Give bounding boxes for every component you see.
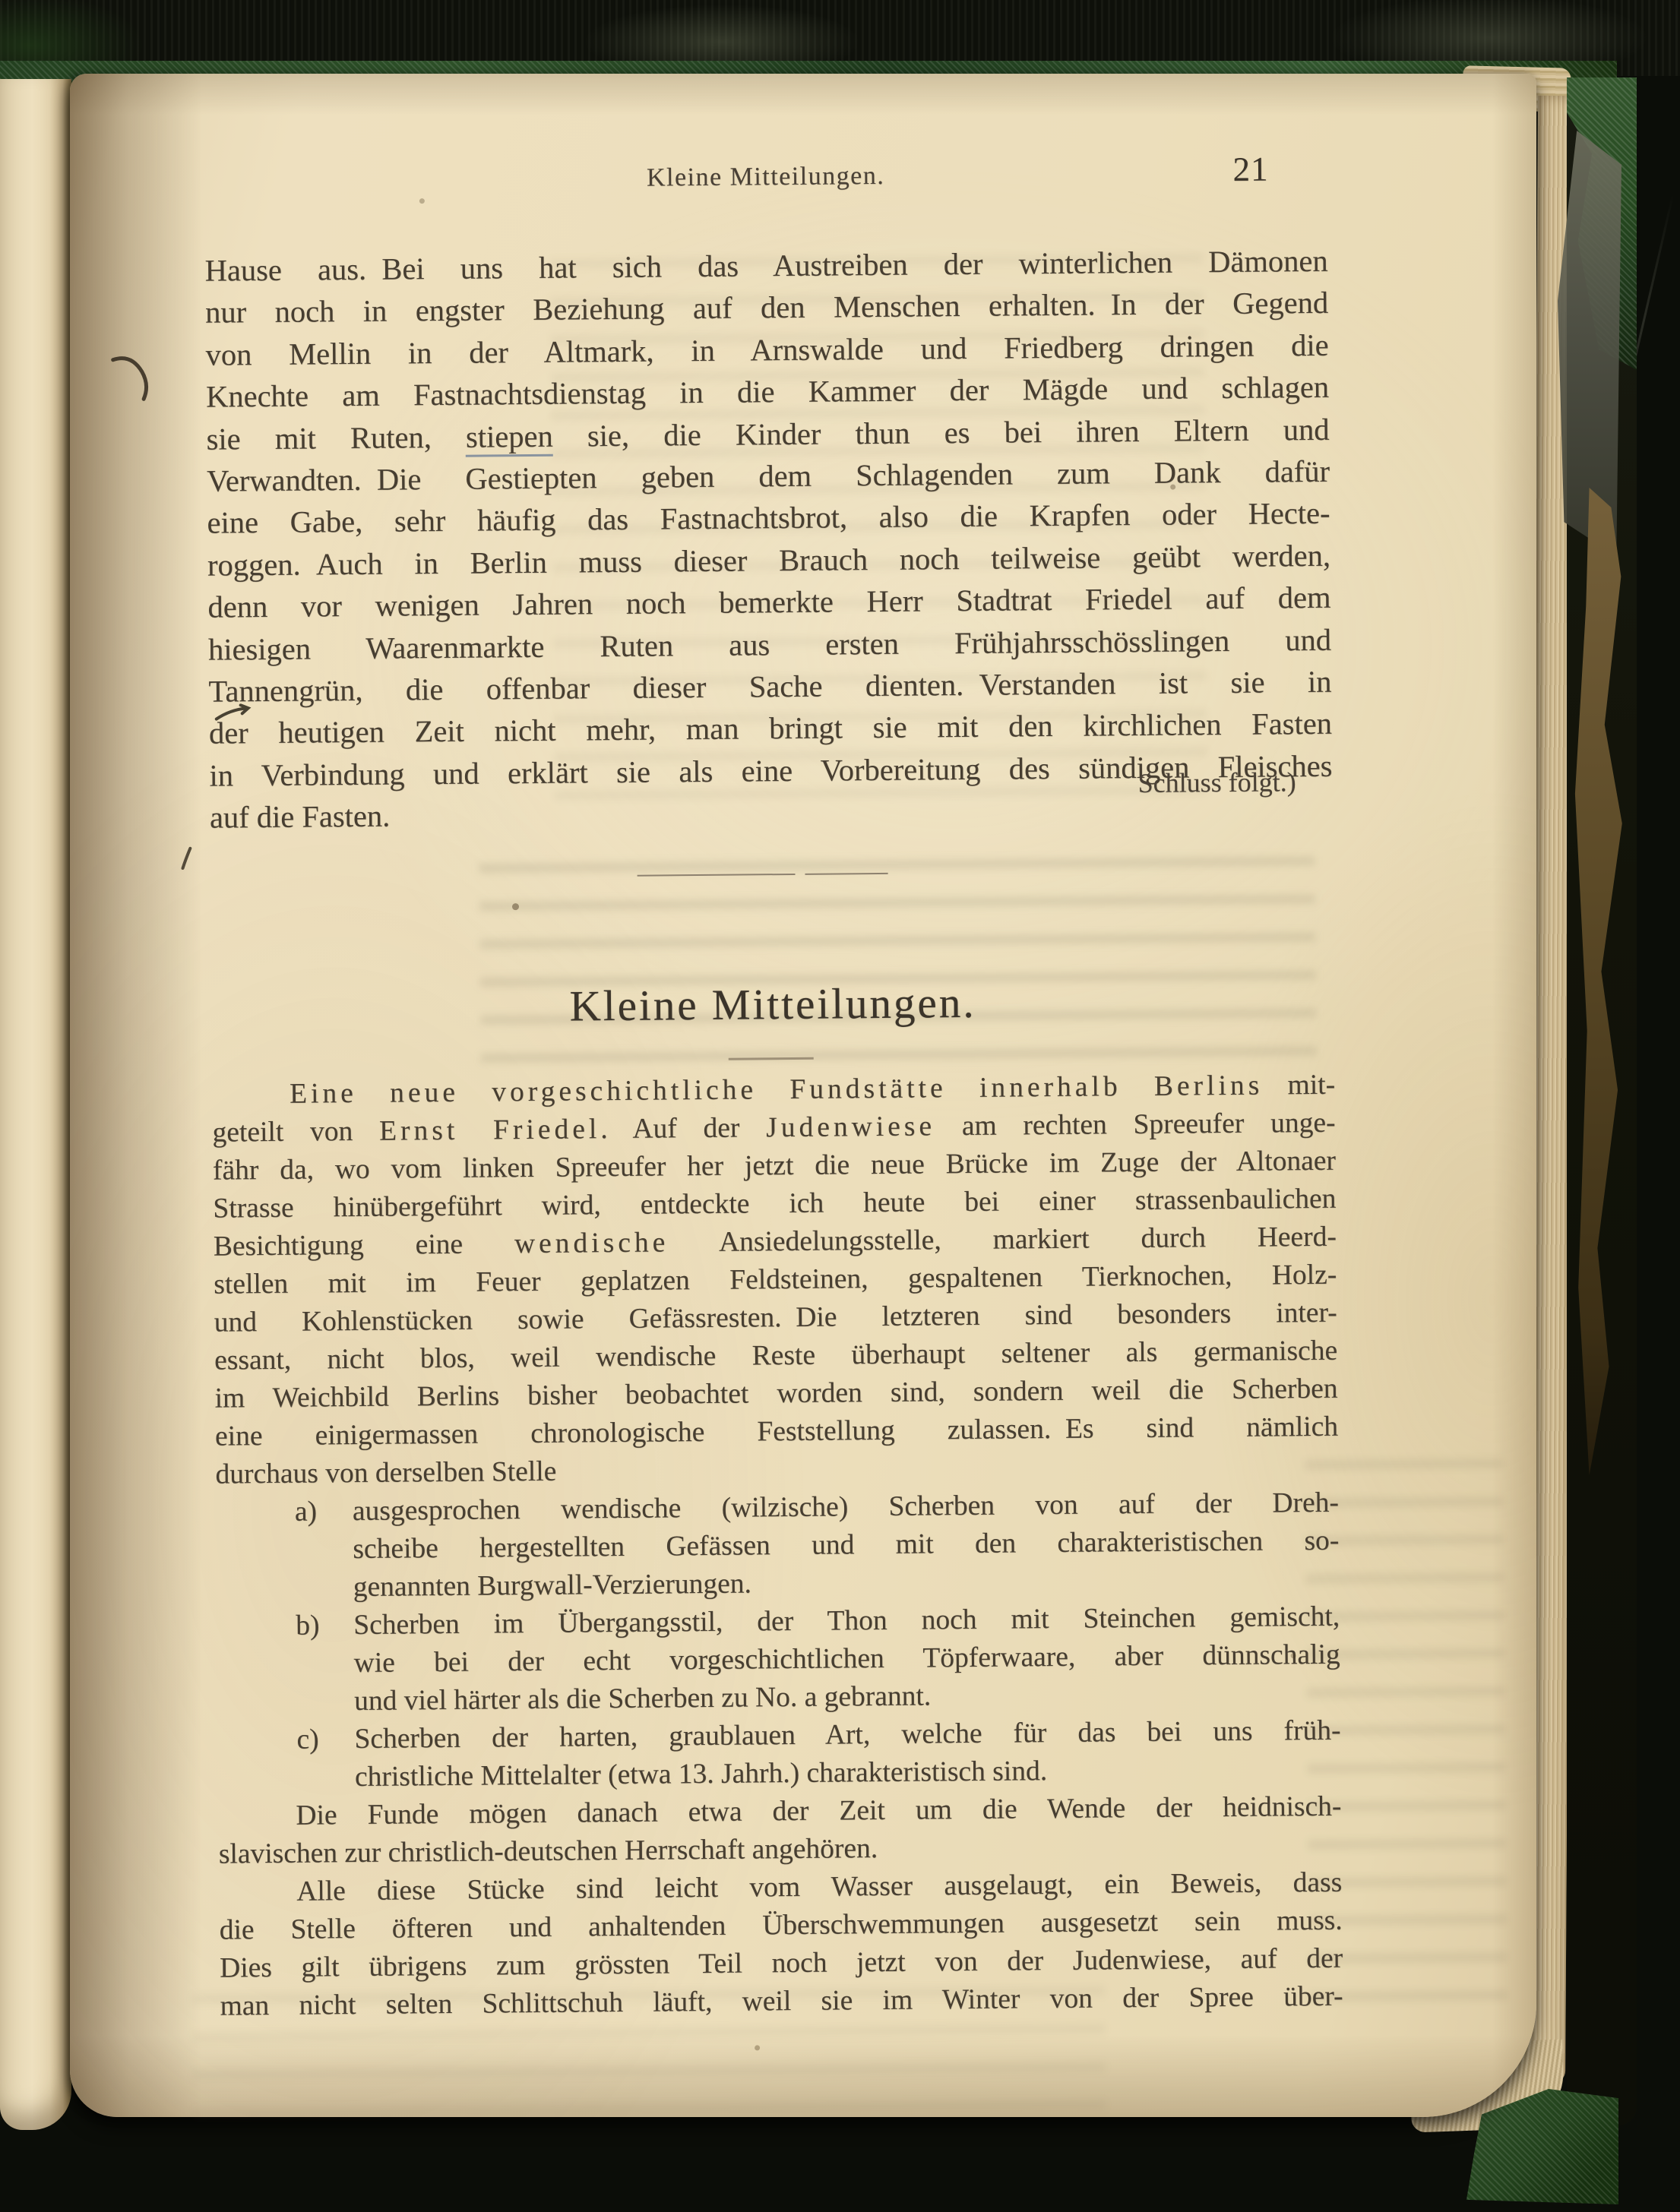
margin-pen-mark xyxy=(109,352,164,415)
text-run: christliche Mittelalter (etwa 13. Jahrh.… xyxy=(355,1755,1047,1793)
text-run: eine Gabe, sehr häufig das Fastnachtsbro… xyxy=(207,496,1330,540)
text-run: und Kohlenstücken sowie Gefässresten. Di… xyxy=(214,1297,1337,1338)
text-run: man nicht selten Schlittschuh läuft, wei… xyxy=(220,1981,1343,2022)
text-run: Ansiedelungsstelle, markiert durch Heerd… xyxy=(669,1221,1337,1259)
text-run: Verwandten. Die Gestiepten geben dem Sch… xyxy=(207,454,1330,498)
damaged-spine-strip xyxy=(1567,77,1637,2125)
text-run: denn vor wenigen Jahren noch bemerkte He… xyxy=(207,580,1330,624)
text-run: Strasse hinübergeführt wird, entdeckte i… xyxy=(213,1183,1336,1224)
text-run: eine einigermassen chronologische Festst… xyxy=(215,1411,1338,1452)
text-run: stellen mit im Feuer geplatzen Feldstein… xyxy=(214,1259,1337,1300)
underlined-word: stiepen xyxy=(466,419,553,457)
bleed-through-ghost xyxy=(479,856,1316,1080)
foxing-specks xyxy=(62,81,65,84)
text-run: Alle diese Stücke sind leicht vom Wasser… xyxy=(296,1867,1342,1907)
text-run: am rechten Spreeufer unge- xyxy=(935,1108,1336,1142)
text-run: slavischen zur christlich-deutschen Herr… xyxy=(219,1833,878,1870)
text-run: scheibe hergestellten Gefässen und mit d… xyxy=(353,1525,1339,1565)
text-run: genannten Burgwall-Verzierungen. xyxy=(353,1568,751,1603)
text-run: Dies gilt übrigens zum grössten Teil noc… xyxy=(220,1943,1343,1984)
page-number: 21 xyxy=(1232,149,1331,189)
running-header: Kleine Mitteilungen. xyxy=(204,158,1327,197)
text-run: Ernst Friedel xyxy=(379,1114,601,1147)
text-run: Judenwiese xyxy=(766,1111,935,1143)
text-run: geteilt von xyxy=(212,1116,379,1149)
intro-paragraph: Eine neue vorgeschichtliche Fundstätte i… xyxy=(212,1066,1339,1494)
text-run: sie, die Kinder thun es bei ihren Eltern… xyxy=(553,412,1330,453)
closing-note: Schluss folgt.) xyxy=(1137,766,1296,799)
text-run: nur noch in engster Beziehung auf den Me… xyxy=(205,286,1328,330)
text-run: roggen. Auch in Berlin muss dieser Brauc… xyxy=(207,539,1330,583)
text-run: Hause aus. Bei uns hat sich das Austreib… xyxy=(204,244,1327,288)
text-run: Die Funde mögen danach etwa der Zeit um … xyxy=(296,1791,1341,1831)
text-run: Eine neue vorgeschichtliche Fundstätte i… xyxy=(289,1070,1263,1110)
text-run: wie bei der echt vorgeschichtlichen Töpf… xyxy=(353,1639,1340,1679)
section-divider-rule xyxy=(638,873,888,877)
list-marker: a) xyxy=(295,1493,318,1531)
text-run: sie mit Ruten, xyxy=(206,419,466,456)
page-content: Kleine Mitteilungen. 21 Hause aus. Bei u… xyxy=(62,68,1546,2124)
text-run: Scherben der harten, graublauen Art, wel… xyxy=(354,1715,1340,1755)
text-run: auf die Fasten. xyxy=(210,799,391,835)
text-run: . Auf der xyxy=(600,1112,766,1145)
text-run: mit- xyxy=(1263,1070,1335,1101)
list-marker: b) xyxy=(296,1607,320,1645)
der-accent-mark xyxy=(214,703,253,723)
section-heading: Kleine Mitteilungen. xyxy=(211,975,1335,1035)
book-page: Kleine Mitteilungen. 21 Hause aus. Bei u… xyxy=(70,74,1536,2117)
facing-page-edge xyxy=(0,79,71,2130)
text-run: durchaus von derselben Stelle xyxy=(215,1456,556,1490)
text-run: essant, nicht blos, weil wendische Reste… xyxy=(214,1335,1337,1376)
margin-stroke-mark xyxy=(179,845,195,871)
section-body: Eine neue vorgeschichtliche Fundstätte i… xyxy=(212,1066,1343,2026)
spine-torn-paper xyxy=(1573,488,1628,1475)
text-run: wendische xyxy=(514,1227,669,1259)
text-run: von Mellin in der Altmark, in Arnswalde … xyxy=(205,328,1328,372)
article-continuation: Hause aus. Bei uns hat sich das Austreib… xyxy=(204,240,1333,839)
text-run: im Weichbild Berlins bisher beobachtet w… xyxy=(214,1373,1337,1414)
book-scan: Kleine Mitteilungen. 21 Hause aus. Bei u… xyxy=(0,0,1680,2212)
text-run: der heutigen Zeit nicht mehr, man bringt… xyxy=(209,706,1332,750)
text-run: Scherben im Übergangsstil, der Thon noch… xyxy=(353,1601,1340,1641)
text-run: Knechte am Fastnachtsdienstag in die Kam… xyxy=(206,370,1329,414)
conclusion-paragraph: Die Funde mögen danach etwa der Zeit um … xyxy=(218,1788,1342,1874)
heading-rule xyxy=(729,1057,814,1060)
text-run: und viel härter als die Scherben zu No. … xyxy=(354,1680,931,1717)
final-paragraph: Alle diese Stücke sind leicht vom Wasser… xyxy=(219,1864,1343,2026)
text-run: Tannengrün, die offenbar dieser Sache di… xyxy=(208,665,1331,709)
finds-list: a)ausgesprochen wendische (wilzische) Sc… xyxy=(216,1484,1341,1798)
text-run: ausgesprochen wendische (wilzische) Sche… xyxy=(353,1487,1339,1527)
text-run: Besichtigung eine xyxy=(214,1228,514,1262)
text-run: hiesigen Waarenmarkte Ruten aus ersten F… xyxy=(208,622,1331,666)
text-run: fähr da, wo vom linken Spreeufer her jet… xyxy=(213,1145,1336,1187)
list-marker: c) xyxy=(296,1721,319,1759)
text-run: die Stelle öfteren und anhaltenden Übers… xyxy=(220,1905,1343,1946)
